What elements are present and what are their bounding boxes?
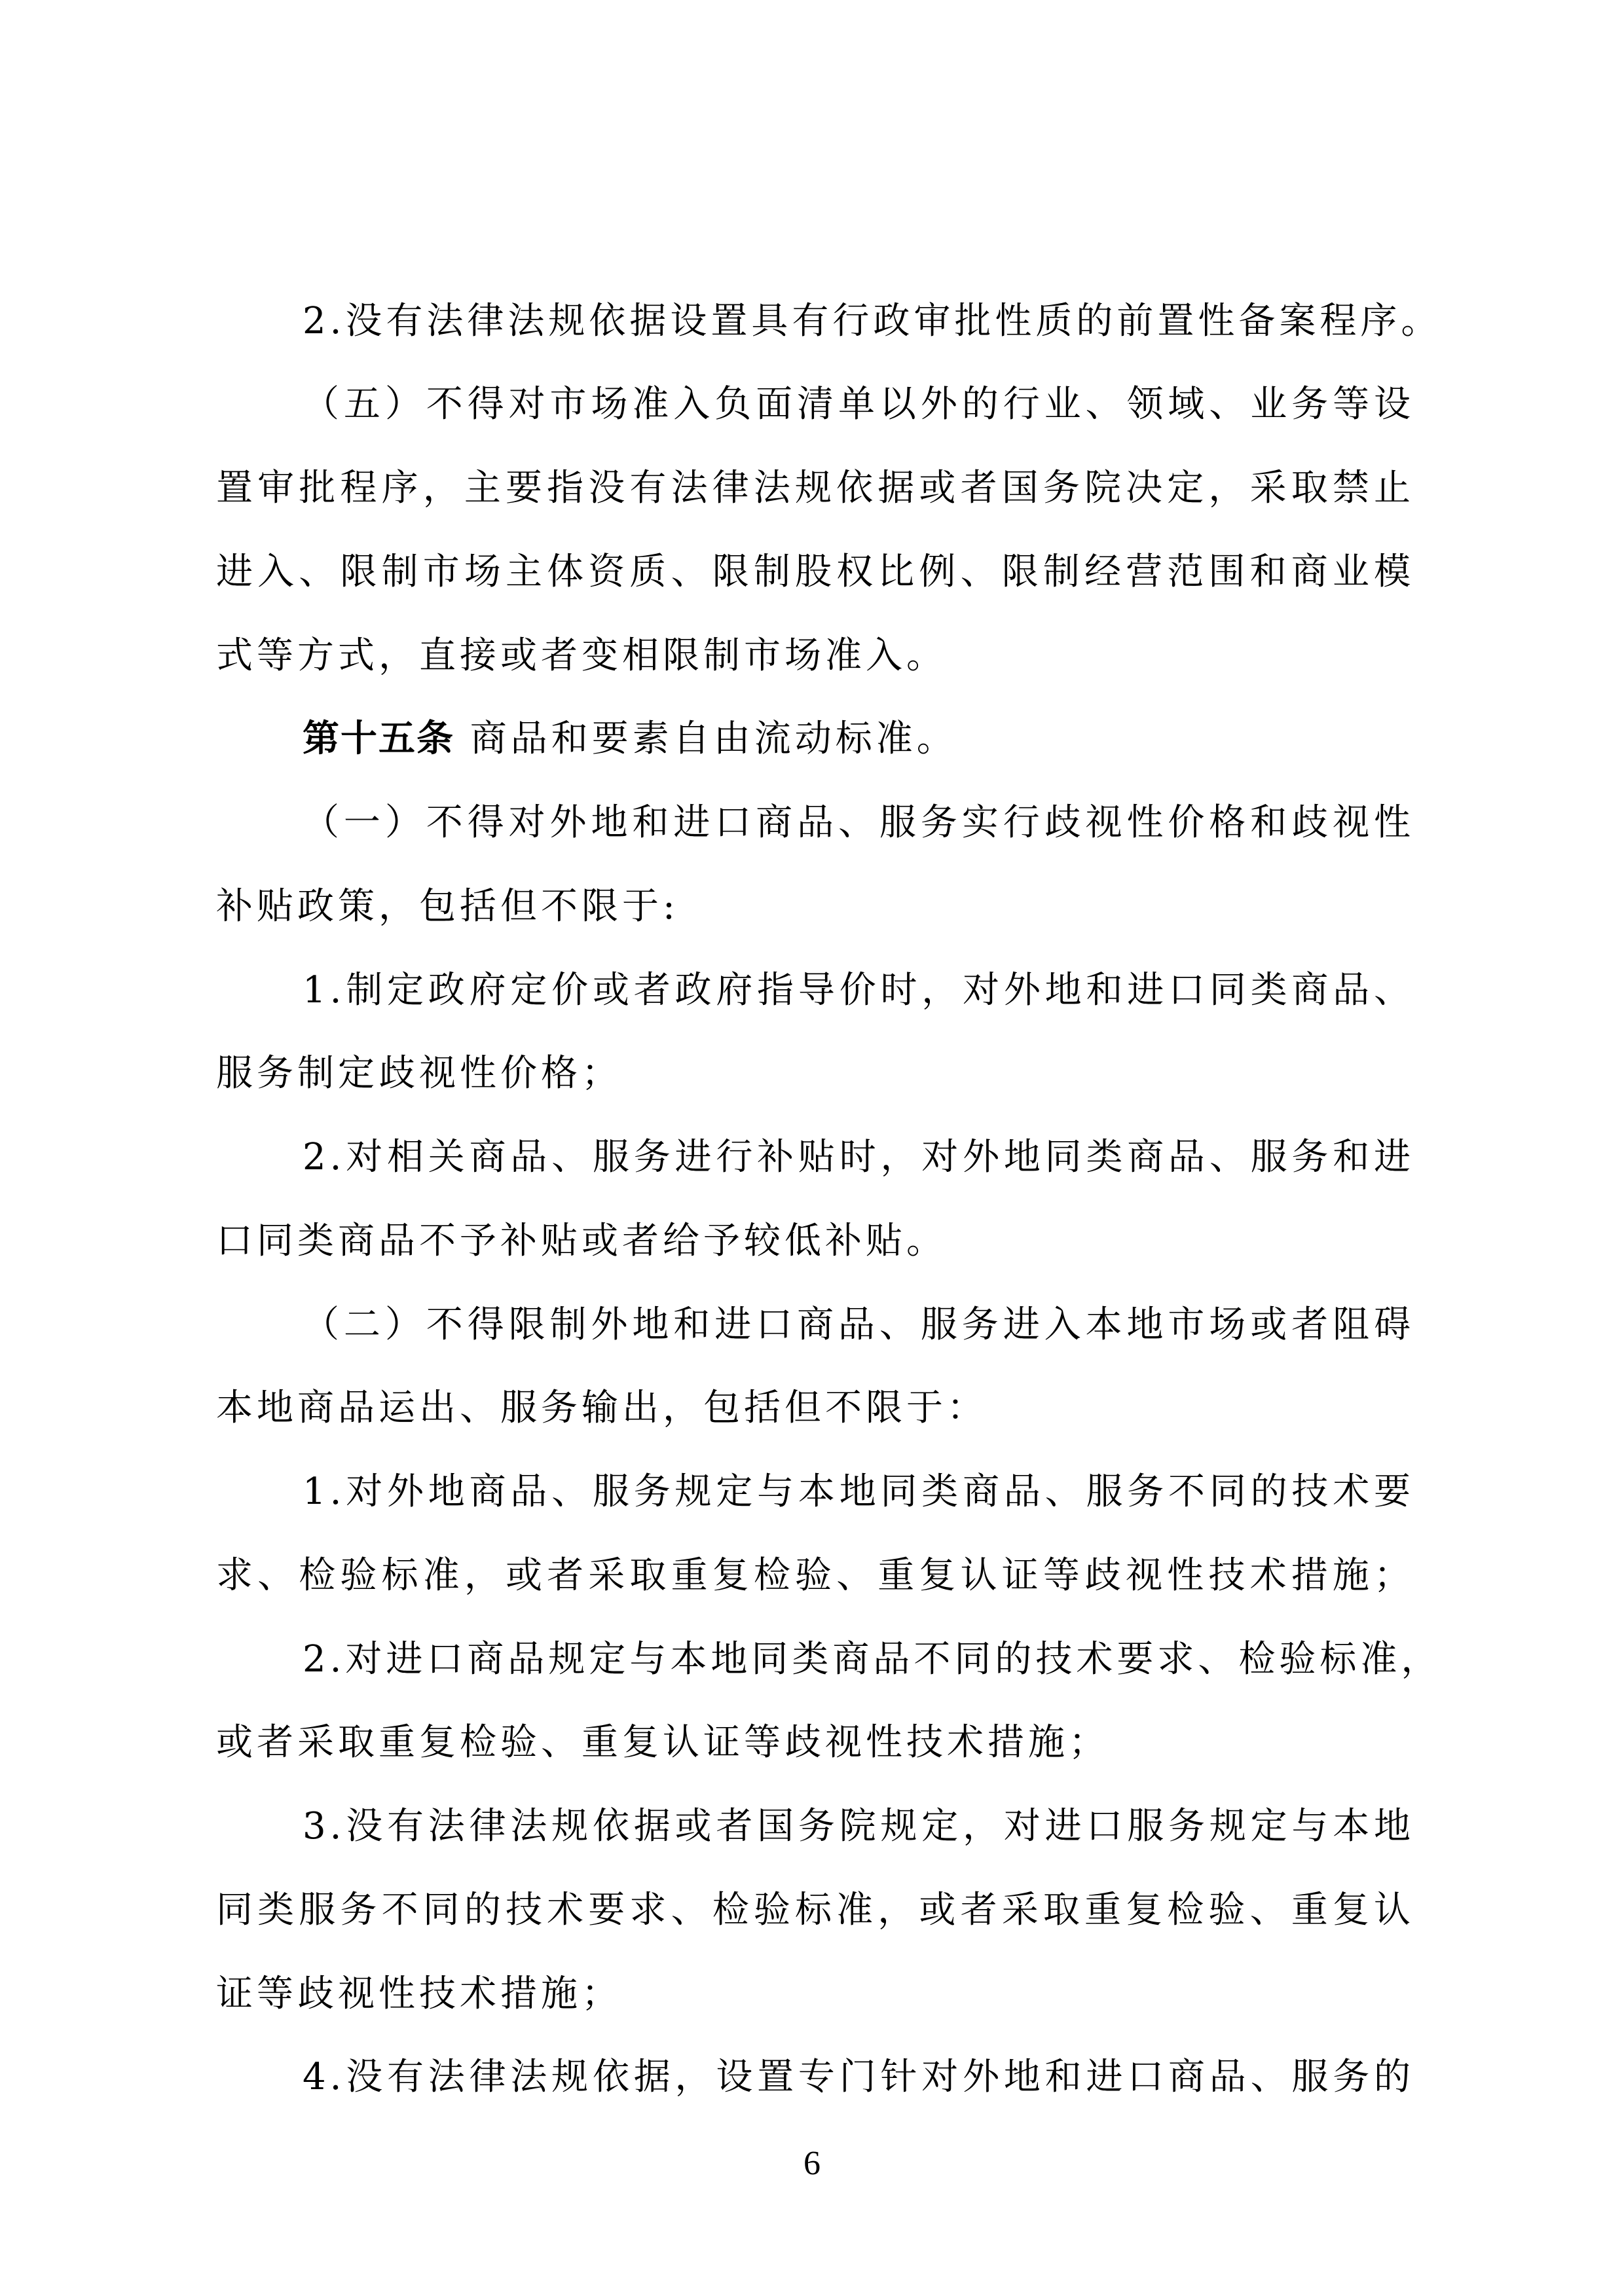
paragraph-line: （二）不得限制外地和进口商品、服务进入本地市场或者阻碍 (303, 1302, 1414, 1349)
paragraph-line: 1.对外地商品、服务规定与本地同类商品、服务不同的技术要 (303, 1468, 1414, 1516)
document-page: 2.没有法律法规依据设置具有行政审批性质的前置性备案程序。 （五）不得对市场准入… (0, 0, 1624, 2296)
paragraph-line: 补贴政策，包括但不限于: (216, 883, 1414, 930)
article-heading: 第十五条 商品和要素自由流动标准。 (303, 716, 1414, 763)
article-title: 商品和要素自由流动标准。 (454, 718, 957, 760)
paragraph-line: 服务制定歧视性价格； (216, 1050, 1414, 1097)
paragraph-line: 1.制定政府定价或者政府指导价时，对外地和进口同类商品、 (303, 967, 1414, 1014)
paragraph-line: （一）不得对外地和进口商品、服务实行歧视性价格和歧视性 (303, 799, 1414, 847)
paragraph-line: 3.没有法律法规依据或者国务院规定，对进口服务规定与本地 (303, 1803, 1414, 1850)
paragraph-line: 本地商品运出、服务输出，包括但不限于： (216, 1385, 1414, 1432)
paragraph-line: 口同类商品不予补贴或者给予较低补贴。 (216, 1218, 1414, 1265)
paragraph-line: （五）不得对市场准入负面清单以外的行业、领域、业务等设 (303, 381, 1414, 428)
paragraph-line: 式等方式，直接或者变相限制市场准入。 (216, 632, 1414, 680)
paragraph-line: 2.对进口商品规定与本地同类商品不同的技术要求、检验标准， (303, 1636, 1414, 1683)
paragraph-line: 2.没有法律法规依据设置具有行政审批性质的前置性备案程序。 (303, 298, 1414, 345)
paragraph-line: 求、检验标准，或者采取重复检验、重复认证等歧视性技术措施； (216, 1552, 1414, 1599)
paragraph-line: 证等歧视性技术措施； (216, 1971, 1414, 2018)
paragraph-line: 2.对相关商品、服务进行补贴时，对外地同类商品、服务和进 (303, 1134, 1414, 1181)
paragraph-line: 同类服务不同的技术要求、检验标准，或者采取重复检验、重复认 (216, 1887, 1414, 1934)
paragraph-line: 置审批程序，主要指没有法律法规依据或者国务院决定，采取禁止 (216, 465, 1414, 512)
page-number: 6 (0, 2144, 1624, 2183)
paragraph-line: 4.没有法律法规依据，设置专门针对外地和进口商品、服务的 (303, 2054, 1414, 2101)
paragraph-line: 进入、限制市场主体资质、限制股权比例、限制经营范围和商业模 (216, 549, 1414, 596)
paragraph-line: 或者采取重复检验、重复认证等歧视性技术措施； (216, 1719, 1414, 1766)
article-label: 第十五条 (303, 718, 454, 760)
